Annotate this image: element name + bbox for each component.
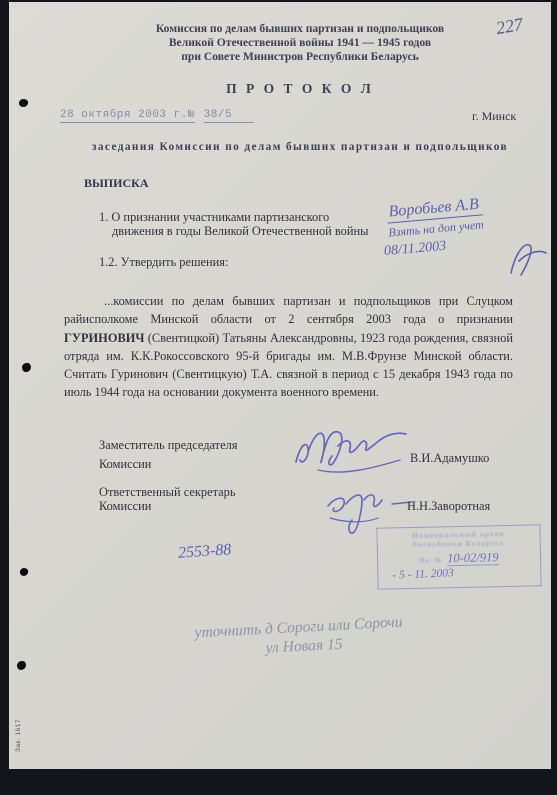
doc-title: П Р О Т О К О Л: [70, 81, 530, 97]
agenda-item-1-2: 1.2. Утвердить решения:: [99, 255, 228, 270]
signer-1-role-line1: Заместитель председателя: [99, 436, 237, 455]
date-line: 28 октября 2003 г.№ 38/5: [60, 108, 254, 121]
signer-1-role: Заместитель председателя Комиссии: [99, 436, 237, 474]
stamp-incoming-number: 10-02/919: [447, 550, 499, 566]
signer-2-role-line2: Комиссии: [99, 499, 236, 513]
incoming-stamp: Национальный архив Республики Беларусь В…: [376, 524, 541, 589]
agenda-item-1-line2: движения в годы Великой Отечественной во…: [112, 224, 368, 239]
signer-2-role: Ответственный секретарь Комиссии: [99, 485, 236, 513]
printers-mark: Зак. 1617: [15, 719, 22, 752]
agenda-item-1-line1: 1. О признании участниками партизанского: [99, 210, 329, 225]
signer-2-role-line1: Ответственный секретарь: [99, 485, 236, 499]
signer-2-name: Н.Н.Заворотная: [407, 499, 490, 514]
org-line1: Комиссия по делам бывших партизан и подп…: [70, 22, 530, 36]
decision-lead: ...комиссии по делам бывших партизан и п…: [64, 294, 513, 326]
extract-label: ВЫПИСКА: [84, 176, 149, 191]
handwritten-file-number: 2553-88: [177, 541, 231, 563]
signer-1-name: В.И.Адамушко: [410, 451, 489, 466]
resolution-signature-flourish: [505, 235, 550, 280]
city-label: г. Минск: [472, 109, 516, 124]
stamp-incoming-prefix: Вх. №: [419, 556, 443, 564]
protocol-number: 38/5: [204, 109, 254, 123]
org-header: Комиссия по делам бывших партизан и подп…: [70, 22, 530, 64]
signer-1-role-line2: Комиссии: [99, 455, 237, 474]
decision-paragraph: ...комиссии по делам бывших партизан и п…: [64, 292, 513, 402]
date-and-number: 28 октября 2003 г.№: [60, 109, 195, 123]
decision-surname: ГУРИНОВИЧ: [64, 331, 144, 345]
scanned-document-page: 227 Комиссия по делам бывших партизан и …: [0, 0, 557, 795]
org-line2: Великой Отечественной войны 1941 — 1945 …: [70, 36, 530, 50]
adamushko-signature: [288, 418, 418, 480]
org-line3: при Совете Министров Республики Беларусь: [70, 50, 530, 64]
session-subtitle: заседания Комиссии по делам бывших парти…: [70, 141, 530, 153]
